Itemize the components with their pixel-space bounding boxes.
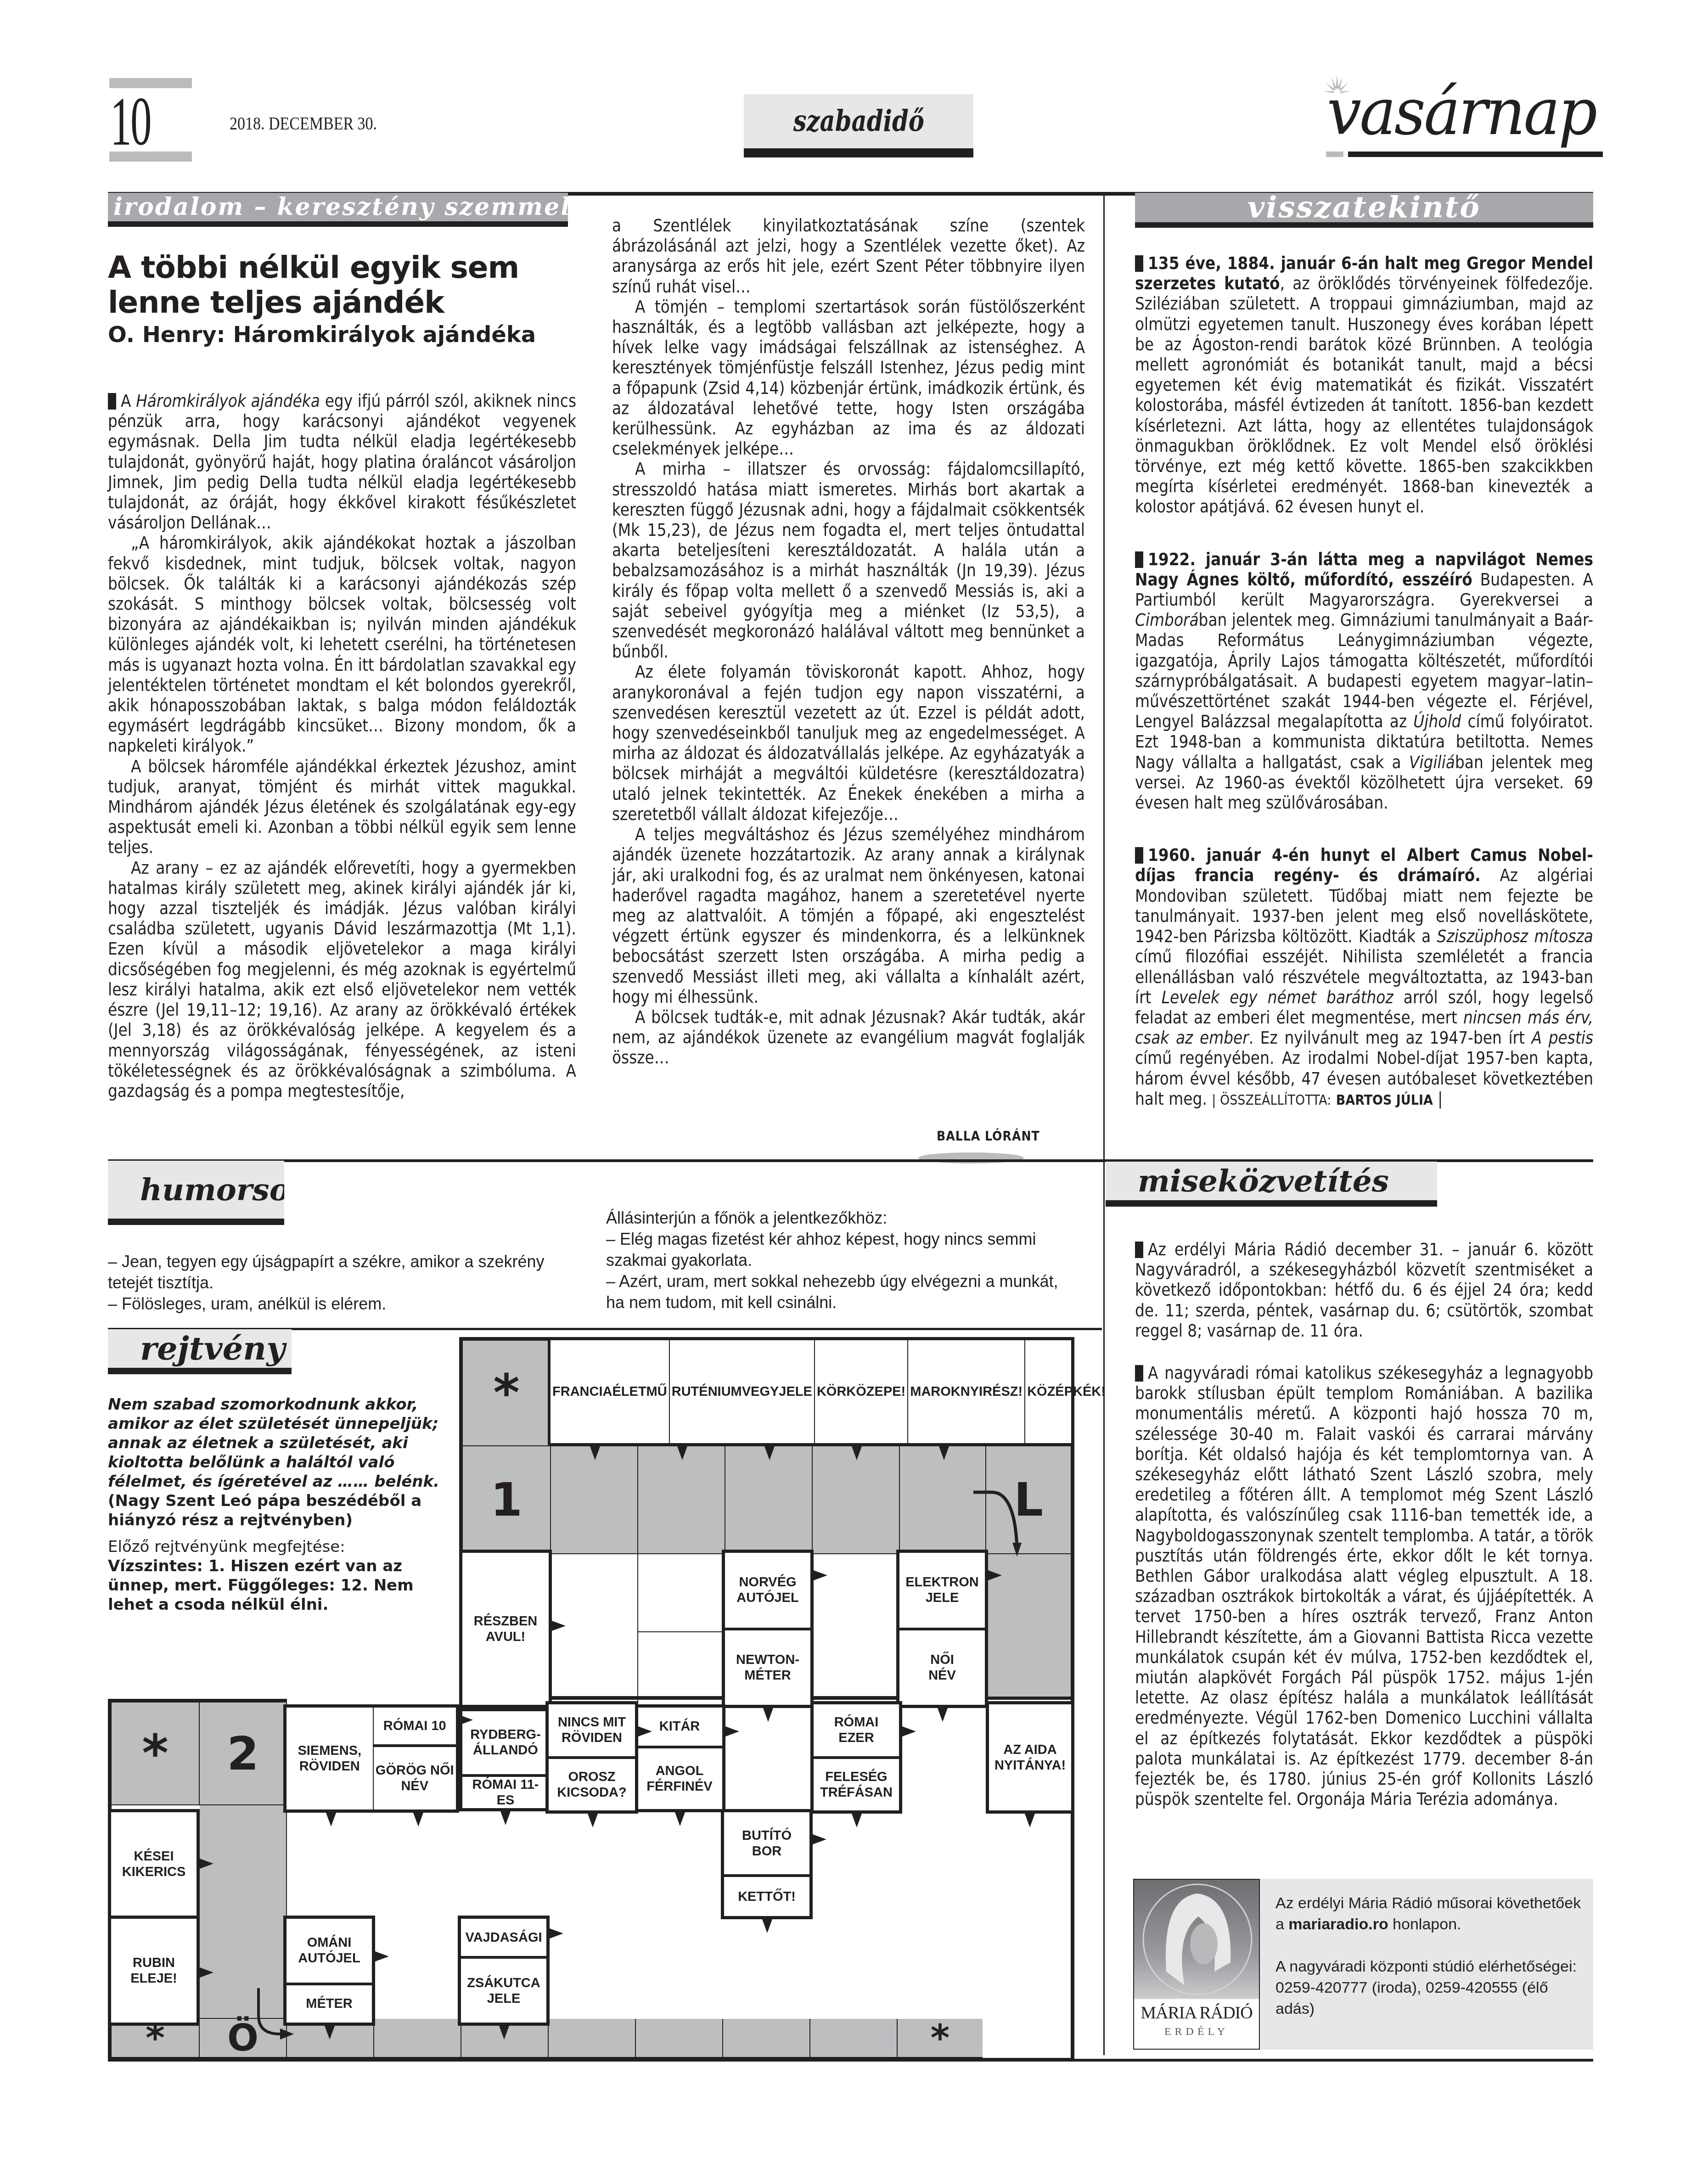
- article-author: BALLA LÓRÁNT: [937, 1129, 1040, 1144]
- solution-cell[interactable]: [200, 1805, 287, 2019]
- mass-column: Az erdélyi Mária Rádió december 31. – ja…: [1135, 1240, 1593, 1809]
- solution-row-2-number: 2: [200, 1699, 287, 1805]
- arrow-down-icon: [588, 1814, 598, 1827]
- radio-contact: A nagyváradi központi stúdió elérhetőség…: [1275, 1956, 1588, 2019]
- arrow-down-icon: [413, 1813, 423, 1826]
- article-subheadline: O. Henry: Háromkirályok ajándéka: [108, 321, 567, 348]
- solution-cell[interactable]: [725, 1446, 813, 1554]
- arrow-right-icon: [813, 1834, 826, 1844]
- article-paragraph: A Háromkirályok ajándéka egy ifjú párról…: [108, 391, 576, 533]
- masthead-bar-grey: [1326, 152, 1343, 157]
- clue-francia: FRANCIAÉLETMŰ: [551, 1340, 670, 1443]
- joke-2: Állásinterjún a főnök a jelentkezőkhöz: …: [606, 1208, 1070, 1313]
- article-paragraph: Az élete folyamán töviskoronát kapott. A…: [612, 662, 1085, 825]
- clue-reszben: RÉSZBENAVUL!: [459, 1550, 552, 1708]
- solution-cell[interactable]: [636, 2019, 723, 2058]
- madonna-image: [1134, 1880, 1260, 1999]
- article-paragraph: A tömjén – templomi szertartások során f…: [612, 297, 1085, 460]
- arrow-down-icon: [852, 1814, 862, 1827]
- solution-cell[interactable]: [813, 1446, 900, 1554]
- arrow-right-icon: [550, 1928, 563, 1939]
- previous-solution-label: Előző rejtvényünk megfejtése:: [108, 1537, 457, 1557]
- arrow-right-icon: [814, 1570, 827, 1580]
- page-number: 10: [110, 87, 151, 156]
- grid-star-cell: *: [463, 1341, 551, 1446]
- humor-title: humorsorok: [108, 1161, 284, 1225]
- article-column-1: A Háromkirályok ajándéka egy ifjú párról…: [108, 391, 576, 1101]
- article-paragraph: A bölcsek tudták-e, mit adnak Jézusnak? …: [612, 1007, 1085, 1068]
- bottom-rule: [108, 2059, 1593, 2062]
- column-divider: [1103, 196, 1105, 2055]
- solution-cell[interactable]: [638, 1446, 725, 1554]
- arrow-right-icon: [200, 1967, 213, 1978]
- joke-line: – Fölösleges, uram, anélkül is elérem.: [108, 1293, 581, 1315]
- clue-rubin: RUBINELEJE!: [108, 1916, 200, 2026]
- section-label: szabadidő: [744, 94, 973, 157]
- credit-label: | ÖSSZEÁLLÍTOTTA:: [1212, 1092, 1331, 1108]
- grid-star-cell: *: [112, 1699, 200, 1805]
- clue-butito-ketto: BUTÍTÓBOR KETTŐT!: [721, 1809, 813, 1919]
- paragraph-marker-icon: [1135, 1365, 1143, 1382]
- joke-line: – Azért, uram, mert sokkal nehezebb úgy …: [606, 1271, 1070, 1313]
- arrow-down-icon: [590, 1446, 600, 1460]
- arrow-down-icon: [499, 2026, 509, 2040]
- previous-solution-text: Vízszintes: 1. Hiszen ezért van az ünnep…: [108, 1557, 414, 1614]
- clue-kozepkek: KÖZÉPKÉK!: [1025, 1340, 1107, 1443]
- arrow-down-icon: [326, 1813, 336, 1826]
- arrow-down-icon: [325, 2026, 335, 2040]
- curved-arrow-icon: [969, 1483, 1024, 1557]
- article-headline: A többi nélkül egyik sem lenne teljes aj…: [108, 250, 567, 320]
- arrow-down-icon: [939, 1446, 949, 1460]
- arrow-right-icon: [638, 1726, 652, 1736]
- arrow-down-icon: [1025, 1814, 1035, 1827]
- clue-rutenium: RUTÉNIUMVEGYJELE: [670, 1340, 815, 1443]
- arrow-right-icon: [459, 1715, 473, 1725]
- masthead-bar-black: [1348, 152, 1603, 157]
- book-title: Háromkirályok ajándéka: [136, 391, 320, 411]
- grid-star-cell: *: [898, 2019, 983, 2058]
- mass-title: miseközvetítés: [1106, 1162, 1437, 1207]
- article-paragraph: A teljes megváltáshoz és Jézus személyéh…: [612, 825, 1085, 1007]
- solution-cell[interactable]: [723, 2019, 810, 2058]
- radio-logo-name: MÁRIA RÁDIÓ: [1134, 2003, 1259, 2023]
- retrospective-item: 135 éve, 1884. január 6-án halt meg Greg…: [1135, 253, 1593, 517]
- clue-elektron-noi: ELEKTRONJELE NŐINÉV: [896, 1550, 988, 1708]
- masthead-title: vasárnap: [1327, 80, 1596, 145]
- retrospective-item: 1960. január 4-én hunyt el Albert Camus …: [1135, 845, 1593, 1111]
- clue-norveg-newton: NORVÉGAUTÓJEL NEWTON-MÉTER: [722, 1550, 814, 1708]
- solution-cell[interactable]: [374, 2019, 461, 2058]
- clue-row-top: FRANCIAÉLETMŰ RUTÉNIUMVEGYJELE KÖRKÖZEPE…: [548, 1337, 1074, 1446]
- headline-line-1: A többi nélkül egyik sem: [108, 250, 567, 285]
- arrow-right-icon: [552, 1621, 566, 1631]
- puzzle-title: rejtvény: [108, 1329, 292, 1374]
- arrow-right-icon: [200, 1859, 213, 1869]
- solution-row-1-number: 1: [463, 1446, 551, 1554]
- radio-info-text: Az erdélyi Mária Rádió műsorai követhető…: [1275, 1893, 1588, 2019]
- retrospective-title: visszatekintő: [1135, 193, 1593, 228]
- curved-arrow-icon: [255, 1988, 296, 2043]
- section-label-text: szabadidő: [793, 94, 924, 148]
- arrow-down-icon: [762, 1919, 772, 1933]
- answer-cell[interactable]: [638, 1554, 725, 1632]
- answer-cell[interactable]: [551, 1554, 638, 1713]
- arrow-down-icon: [677, 1446, 687, 1460]
- joke-line: – Elég magas fizetést kér ahhoz képest, …: [606, 1229, 1070, 1271]
- arrow-right-icon: [375, 1951, 389, 1961]
- arrow-down-icon: [764, 1446, 775, 1460]
- clue-romai-feleseg: RÓMAIEZER FELESÉGTRÉFÁSAN: [810, 1701, 902, 1814]
- clue-aida: AZ AIDANYITÁNYA!: [986, 1701, 1074, 1814]
- mass-paragraph: Az erdélyi Mária Rádió december 31. – ja…: [1135, 1240, 1593, 1341]
- maria-radio-logo: MÁRIA RÁDIÓ ERDÉLY: [1133, 1879, 1260, 2050]
- solution-cell[interactable]: [549, 2019, 636, 2058]
- clue-nincs-orosz: NINCS MITRÖVIDEN OROSZKICSODA?: [545, 1701, 638, 1814]
- arrow-right-icon: [902, 1726, 916, 1736]
- radio-info-box: MÁRIA RÁDIÓ ERDÉLY Az erdélyi Mária Rádi…: [1133, 1879, 1593, 2050]
- article-paragraph: a Szentlélek kinyilatkoztatásának színe …: [612, 216, 1085, 297]
- solution-cell[interactable]: [551, 1446, 638, 1554]
- radio-logo-sub: ERDÉLY: [1134, 2026, 1259, 2038]
- riddle-quote: Nem szabad szomorkodnunk akkor, amikor a…: [108, 1395, 439, 1491]
- joke-line: Állásinterjún a főnök a jelentkezőkhöz:: [606, 1208, 1070, 1229]
- arrow-right-icon: [988, 1570, 1002, 1580]
- paragraph-marker-icon: [108, 393, 116, 410]
- solution-cell[interactable]: [810, 2019, 898, 2058]
- radio-website-note: Az erdélyi Mária Rádió műsorai követhető…: [1275, 1893, 1588, 1935]
- article-paragraph: A mirha – illatszer és orvosság: fájdalo…: [612, 459, 1085, 662]
- article-rubric: irodalom – keresztény szemmel: [108, 193, 568, 227]
- previous-solution: Előző rejtvényünk megfejtése: Vízszintes…: [108, 1537, 457, 1614]
- article-paragraph: A bölcsek háromféle ajándékkal érkeztek …: [108, 757, 576, 858]
- retrospective-column: 135 éve, 1884. január 6-án halt meg Greg…: [1135, 253, 1593, 1111]
- puzzle-riddle: Nem szabad szomorkodnunk akkor, amikor a…: [108, 1395, 448, 1530]
- paragraph-marker-icon: [1135, 255, 1143, 272]
- paragraph-marker-icon: [1135, 1242, 1143, 1258]
- riddle-source: (Nagy Szent Leó pápa beszédéből a hiányz…: [108, 1492, 421, 1529]
- paragraph-marker-icon: [1135, 551, 1143, 568]
- article-column-2: a Szentlélek kinyilatkoztatásának színe …: [612, 216, 1085, 1068]
- article-paragraph: Az arany – ez az ajándék előrevetíti, ho…: [108, 858, 576, 1101]
- clue-omani-meter: OMÁNIAUTÓJEL MÉTER: [283, 1916, 375, 2026]
- joke-1: – Jean, tegyen egy újságpapírt a székre,…: [108, 1251, 581, 1315]
- paragraph-marker-icon: [1135, 847, 1143, 864]
- clue-kesei: KÉSEIKIKERICS: [108, 1809, 200, 1919]
- headline-line-2: lenne teljes ajándék: [108, 285, 567, 320]
- article-paragraph: „A háromkirályok, akik ajándékokat hozta…: [108, 533, 576, 756]
- mass-paragraph: A nagyváradi római katolikus székesegyhá…: [1135, 1363, 1593, 1809]
- masthead-logo: vasárnap: [1322, 80, 1607, 163]
- clue-kor: KÖRKÖZEPE!: [815, 1340, 908, 1443]
- joke-line: – Jean, tegyen egy újságpapírt a székre,…: [108, 1251, 581, 1293]
- clue-vajdasagi-zsakutca: VAJDASÁGI ZSÁKUTCAJELE: [458, 1916, 550, 2026]
- issue-date: 2018. DECEMBER 30.: [230, 112, 377, 134]
- clue-maroknyi: MAROKNYIRÉSZ!: [908, 1340, 1025, 1443]
- arrow-down-icon: [852, 1446, 862, 1460]
- retrospective-item: 1922. január 3-án látta meg a napvilágot…: [1135, 550, 1593, 814]
- clue-siemens-romai10: SIEMENS,RÖVIDEN RÓMAI 10 GÖRÖG NŐINÉV: [283, 1704, 459, 1813]
- page-number-bar-bottom: [109, 152, 192, 162]
- credit-name: BARTOS JÚLIA: [1336, 1092, 1433, 1108]
- radio-website-link[interactable]: mariaradio.ro: [1288, 1916, 1388, 1933]
